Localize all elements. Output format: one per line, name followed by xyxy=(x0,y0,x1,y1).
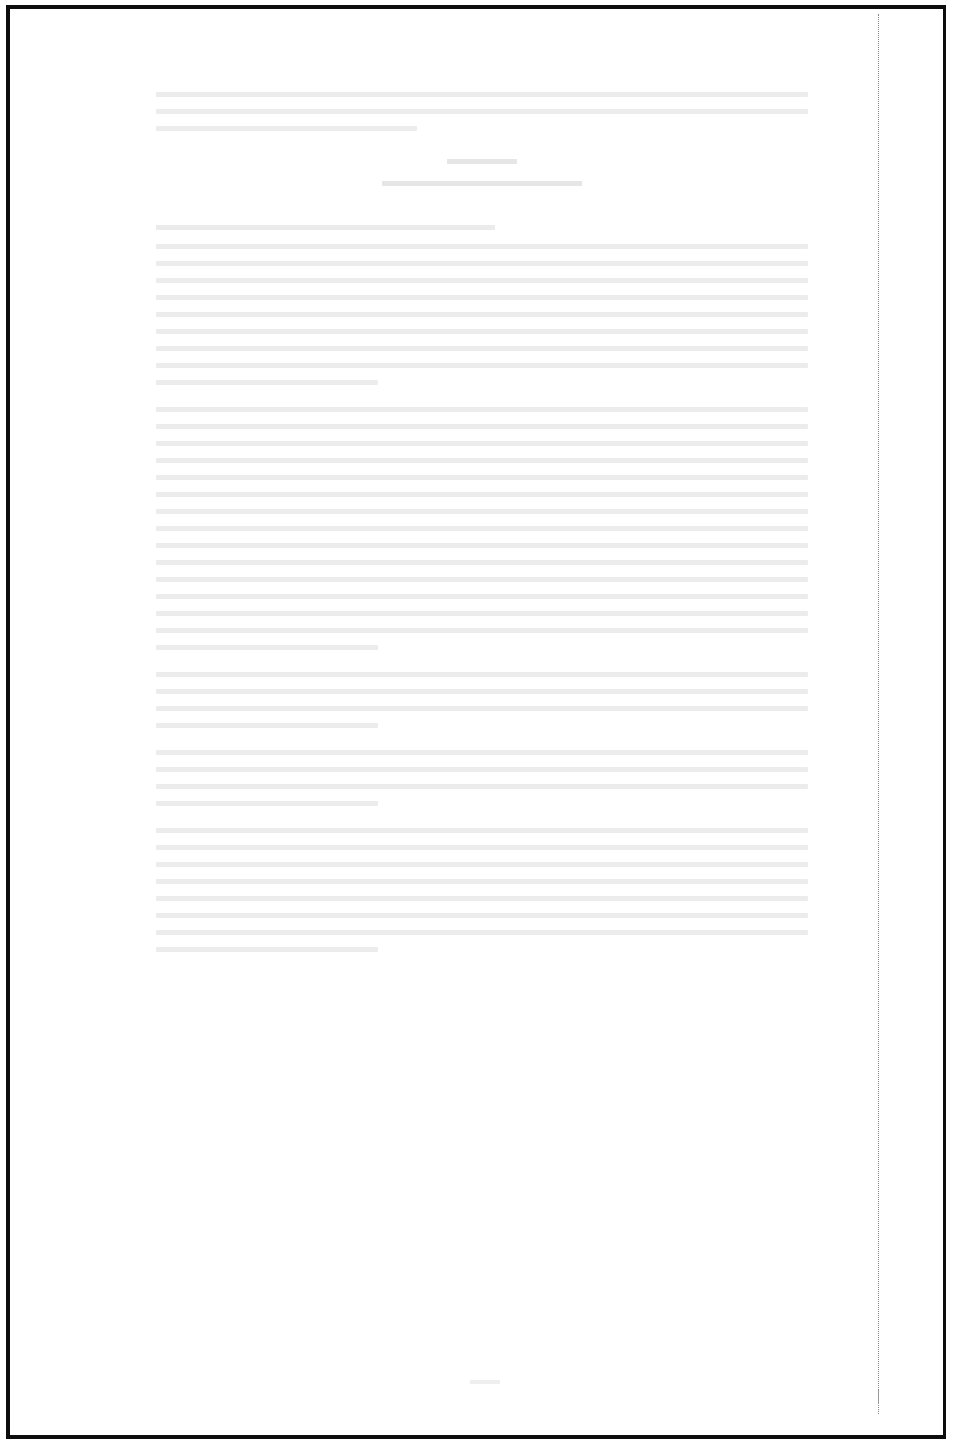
text-line xyxy=(156,913,808,918)
text-line xyxy=(156,346,808,351)
paragraph xyxy=(156,672,808,728)
text-line xyxy=(156,295,808,300)
heading-text-line xyxy=(447,159,517,164)
text-line xyxy=(156,407,808,412)
text-line xyxy=(156,109,808,114)
paragraph xyxy=(156,750,808,806)
text-line xyxy=(156,126,417,131)
text-line xyxy=(156,828,808,833)
text-line xyxy=(156,424,808,429)
text-line xyxy=(156,329,808,334)
text-line xyxy=(156,543,808,548)
page-number-area xyxy=(470,1380,500,1384)
heading-text-line xyxy=(382,181,582,186)
text-line xyxy=(156,261,808,266)
text-line xyxy=(156,896,808,901)
text-line xyxy=(156,92,808,97)
text-line xyxy=(156,244,808,249)
text-line xyxy=(156,312,808,317)
text-line xyxy=(156,947,378,952)
text-line xyxy=(156,767,808,772)
text-line xyxy=(156,577,808,582)
text-line xyxy=(156,723,378,728)
paragraph xyxy=(156,407,808,650)
text-line xyxy=(156,879,808,884)
text-line xyxy=(156,380,378,385)
text-line xyxy=(156,363,808,368)
text-line xyxy=(156,594,808,599)
text-line xyxy=(156,672,808,677)
text-line xyxy=(156,526,808,531)
text-line xyxy=(156,475,808,480)
text-line xyxy=(156,930,808,935)
text-line xyxy=(156,611,808,616)
text-line xyxy=(156,689,808,694)
paragraph xyxy=(156,244,808,385)
text-line xyxy=(156,750,808,755)
text-line xyxy=(156,845,808,850)
text-line xyxy=(156,509,808,514)
text-line xyxy=(156,784,808,789)
text-line xyxy=(156,560,808,565)
text-line xyxy=(156,628,808,633)
right-margin-dotted-rule xyxy=(878,14,879,1414)
text-line xyxy=(156,862,808,867)
page-body xyxy=(156,92,808,974)
text-line xyxy=(156,706,808,711)
subheading-text-line xyxy=(156,225,495,230)
text-line xyxy=(156,278,808,283)
paragraph xyxy=(156,92,808,131)
text-line xyxy=(156,645,378,650)
text-line xyxy=(156,441,808,446)
text-line xyxy=(156,801,378,806)
section-heading xyxy=(156,153,808,197)
text-line xyxy=(156,458,808,463)
text-line xyxy=(156,492,808,497)
margin-tick xyxy=(878,1390,879,1404)
paragraph xyxy=(156,828,808,952)
